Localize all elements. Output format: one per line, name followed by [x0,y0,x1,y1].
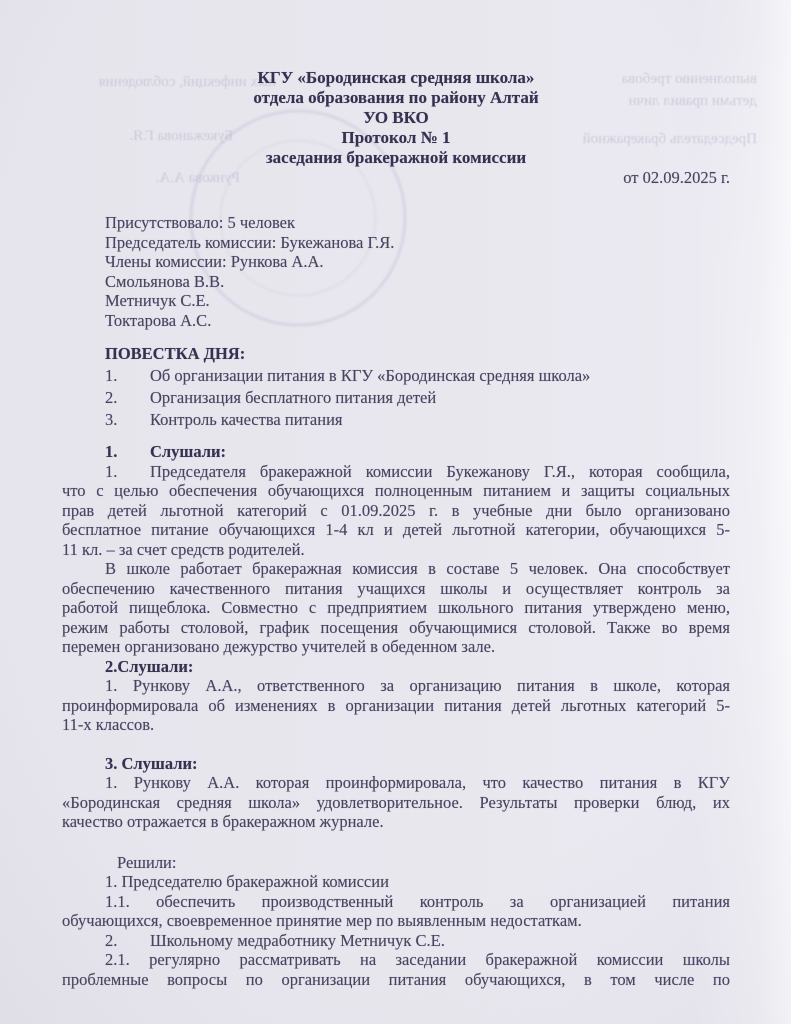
paragraph-line: В школе работает бракеражная комиссия в … [62,559,730,579]
attendance-chairperson: Председатель комиссии: Букежанова Г.Я. [105,233,730,253]
agenda-title: ПОВЕСТКА ДНЯ: [105,343,730,365]
section-1-heard: 1.Слушали: 1.Председателя бракеражной ко… [62,442,730,657]
agenda-item-text: Контроль качества питания [150,410,343,429]
section-2-heading: 2.Слушали: [62,657,730,677]
document-header: КГУ «Бородинская средняя школа» отдела о… [62,68,730,168]
attendance-member: Члены комиссии: Рункова А.А. [105,252,730,272]
paragraph-line: 1. Рункову А.А., ответственного за орган… [62,676,730,696]
document-body: КГУ «Бородинская средняя школа» отдела о… [62,68,730,989]
attendance-count: Присутствовало: 5 человек [105,213,730,233]
agenda-item-number: 1. [105,365,150,387]
section-2-heard: 2.Слушали: 1. Рункову А.А., ответственно… [62,657,730,735]
header-line-department: отдела образования по району Алтай [62,88,730,108]
paragraph-line: что с целью обеспечения обучающихся полн… [62,481,730,501]
agenda-item-text: Об организации питания в КГУ «Бородинска… [150,366,590,385]
decisions-block: Решили: 1. Председателю бракеражной коми… [62,853,730,990]
section-1-heading-label: Слушали: [150,442,226,461]
attendance-member: Метничук С.Е. [105,291,730,311]
paragraph-line: «Бородинская средняя школа» удовлетворит… [62,793,730,813]
paragraph-line: обеспечению качественного питания учащих… [62,579,730,599]
decision-item-number: 2. [105,931,150,951]
decision-line: проблемные вопросы по организации питани… [62,970,730,990]
decision-line: 1.1. обеспечить производственный контрол… [62,892,730,912]
paragraph-line: 11-х классов. [62,715,730,735]
paragraph-line: перемен организовано дежурство учителей … [62,637,730,657]
attendance-member: Смольянова В.В. [105,272,730,292]
section-3-heading: 3. Слушали: [62,754,730,774]
paragraph-line-text: Председателя бракеражной комиссии Букежа… [150,462,730,481]
paragraph-line: режим работы столовой, график посещения … [62,618,730,638]
agenda-item-text: Организация бесплатного питания детей [150,388,436,407]
header-line-uo-vko: УО ВКО [62,108,730,128]
section-3-heard: 3. Слушали: 1. Рункову А.А. которая прои… [62,754,730,832]
paragraph-line: 11 кл. – за счет средств родителей. [62,540,730,560]
decision-line-text: Школьному медработнику Метничук С.Е. [150,931,445,950]
paragraph-line: работой пищеблока. Совместно с предприят… [62,598,730,618]
paragraph-item-number: 1. [105,462,150,482]
header-line-protocol-number: Протокол № 1 [62,128,730,148]
paragraph-line: 1.Председателя бракеражной комиссии Буке… [62,462,730,482]
section-1-heading-number: 1. [105,442,150,462]
attendance-member: Токтарова А.С. [105,311,730,331]
paragraph-line: бесплатное питание обучающихся 1-4 кл и … [62,520,730,540]
document-date: от 02.09.2025 г. [62,168,730,188]
agenda-item-number: 2. [105,387,150,409]
agenda-block: ПОВЕСТКА ДНЯ: 1.Об организации питания в… [105,343,730,431]
agenda-item: 2.Организация бесплатного питания детей [105,387,730,409]
agenda-item-number: 3. [105,409,150,431]
decision-line: обучающихся, своевременное принятие мер … [62,911,730,931]
paragraph-line: прав детей льготной категорий с 01.09.20… [62,501,730,521]
scanned-document-page: выполнению требова ных инфекций, соблюде… [0,0,791,1024]
paragraph-line: качество отражается в бракеражном журнал… [62,812,730,832]
paragraph-line: 1. Рункову А.А. которая проинформировала… [62,773,730,793]
decision-line: 2.Школьному медработнику Метничук С.Е. [62,931,730,951]
header-line-organization: КГУ «Бородинская средняя школа» [62,68,730,88]
decisions-title: Решили: [62,853,730,873]
agenda-item: 1.Об организации питания в КГУ «Бородинс… [105,365,730,387]
agenda-item: 3.Контроль качества питания [105,409,730,431]
decision-line: 1. Председателю бракеражной комиссии [62,872,730,892]
paragraph-line: проинформировала об изменениях в организ… [62,696,730,716]
section-1-heading: 1.Слушали: [62,442,730,462]
decision-line: 2.1. регулярно рассматривать на заседани… [62,950,730,970]
header-line-meeting-type: заседания бракеражной комиссии [62,148,730,168]
attendance-block: Присутствовало: 5 человек Председатель к… [105,213,730,330]
